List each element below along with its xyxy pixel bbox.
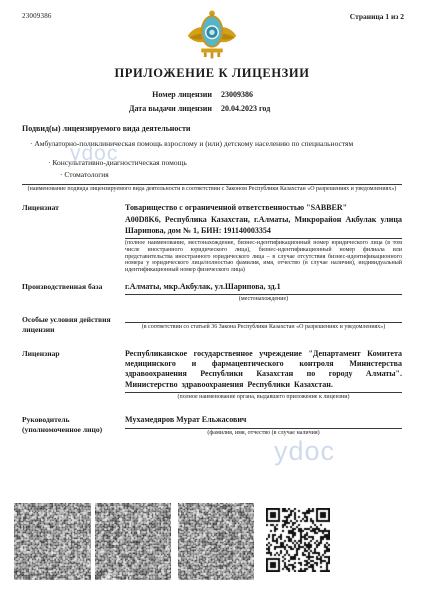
license-number-value: 23009386 xyxy=(221,90,253,99)
head-official-name: Мухамедяров Мурат Ельжасович xyxy=(125,415,402,425)
license-number-row: Номер лицензии 23009386 xyxy=(0,90,424,99)
licensee-row: Лицензиат Товарищество с ограниченной от… xyxy=(22,203,402,274)
license-date-value: 20.04.2023 год xyxy=(221,104,270,113)
kazakhstan-emblem-icon xyxy=(185,7,239,63)
license-appendix-document: 23009386 Страница 1 из 2 ПРИЛОЖЕНИЕ К ЛИ… xyxy=(0,0,424,600)
licensee-label: Лицензиат xyxy=(22,203,125,274)
divider xyxy=(22,184,402,185)
divider xyxy=(125,322,402,323)
doc-number-top: 23009386 xyxy=(22,12,52,20)
production-base-value: г.Алматы, мкр.Акбулак, ул.Шарипова, зд.1 xyxy=(125,282,402,292)
data-matrix-barcode-1 xyxy=(14,503,91,580)
license-date-label: Дата выдачи лицензии xyxy=(0,104,212,113)
document-body: Подвид(ы) лицензируемого вида деятельнос… xyxy=(22,124,402,436)
divider xyxy=(125,428,402,429)
head-official-label-line1: Руководитель xyxy=(22,415,119,425)
special-conditions-label: Особые условия действия лицензии xyxy=(22,315,125,335)
special-conditions-caption: (в соответствии со статьей 36 Закона Рес… xyxy=(125,324,402,331)
license-date-row: Дата выдачи лицензии 20.04.2023 год xyxy=(0,104,424,113)
page-indicator: Страница 1 из 2 xyxy=(350,12,404,21)
special-conditions-row: Особые условия действия лицензии (в соот… xyxy=(22,315,402,335)
divider xyxy=(125,238,402,239)
subtype-item: · Амбулаторно-поликлиническая помощь взр… xyxy=(22,139,402,148)
subtypes-caption: (наименование подвида лицензируемого вид… xyxy=(22,186,402,193)
head-official-label: Руководитель (уполномоченное лицо) xyxy=(22,415,125,436)
licensor-label: Лицензиар xyxy=(22,349,125,401)
licensee-caption: (полное наименование, местонахождение, б… xyxy=(125,240,402,274)
production-base-caption: (местонахождение) xyxy=(125,296,402,303)
data-matrix-barcode-2 xyxy=(95,503,171,580)
head-official-value-block: Мухамедяров Мурат Ельжасович (фамилия, и… xyxy=(125,415,402,436)
licensee-value-block: Товарищество с ограниченной ответственно… xyxy=(125,203,402,274)
license-number-label: Номер лицензии xyxy=(0,90,212,99)
qr-code xyxy=(266,508,330,572)
watermark: ydoc xyxy=(274,436,335,467)
licensee-name: Товарищество с ограниченной ответственно… xyxy=(125,203,402,213)
head-official-caption: (фамилия, имя, отчество (в случае наличи… xyxy=(125,430,402,437)
subtypes-heading: Подвид(ы) лицензируемого вида деятельнос… xyxy=(22,124,402,133)
head-official-row: Руководитель (уполномоченное лицо) Мухам… xyxy=(22,415,402,436)
licensor-value-block: Республиканское государственное учрежден… xyxy=(125,349,402,401)
divider xyxy=(125,294,402,295)
licensor-caption: (полное наименование органа, выдавшего п… xyxy=(125,394,402,401)
page-title: ПРИЛОЖЕНИЕ К ЛИЦЕНЗИИ xyxy=(0,66,424,81)
data-matrix-barcode-3 xyxy=(178,503,254,580)
head-official-label-line2: (уполномоченное лицо) xyxy=(22,425,119,435)
subtype-item: · Консультативно-диагностическая помощь xyxy=(22,158,402,167)
licensee-address: A00D8K6, Республика Казахстан, г.Алматы,… xyxy=(125,215,402,236)
licensor-value: Республиканское государственное учрежден… xyxy=(125,349,402,391)
special-conditions-value-block: (в соответствии со статьей 36 Закона Рес… xyxy=(125,315,402,335)
subtype-item: · Стоматология xyxy=(22,170,402,179)
license-meta: Номер лицензии 23009386 Дата выдачи лице… xyxy=(0,90,424,118)
licensor-row: Лицензиар Республиканское государственно… xyxy=(22,349,402,401)
production-base-row: Производственная база г.Алматы, мкр.Акбу… xyxy=(22,282,402,303)
production-base-value-block: г.Алматы, мкр.Акбулак, ул.Шарипова, зд.1… xyxy=(125,282,402,303)
production-base-label: Производственная база xyxy=(22,282,125,303)
